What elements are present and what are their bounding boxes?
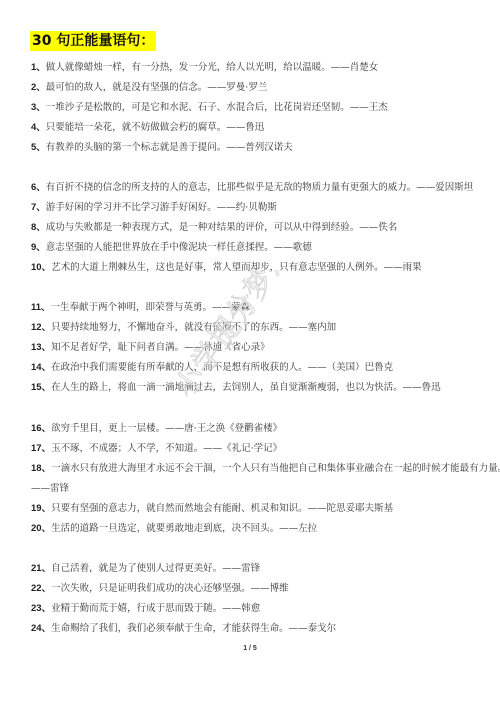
quote-text: 知不足者好学，耻下问者自满。——林逋《省心录》 xyxy=(51,342,270,353)
quote-line: 12、只要持续地努力，不懈地奋斗，就没有征服不了的东西。——塞内加 xyxy=(31,322,336,334)
quote-number: 9、 xyxy=(31,242,46,253)
quote-number: 17、 xyxy=(31,443,51,454)
quote-number: 5、 xyxy=(31,142,46,153)
quote-number: 14、 xyxy=(31,362,51,373)
quote-text: 最可怕的敌人，就是没有坚强的信念。——罗曼·罗兰 xyxy=(46,82,268,93)
quote-line: 7、游手好闲的学习并不比学习游手好闲好。——约·贝勒斯 xyxy=(31,202,277,214)
quote-line: 11、一生奉献于两个神明，即荣誉与英勇。——蒙森 xyxy=(31,302,250,314)
document-title: 30 句正能量语句： xyxy=(30,31,156,51)
quote-line: 1、做人就像蜡烛一样，有一分热，发一分光，给人以光明，给以温暖。——肖楚女 xyxy=(31,62,378,74)
quote-text: 生活的道路一旦选定，就要勇敢地走到底，决不回头。——左拉 xyxy=(51,523,317,534)
quote-text: 只要能培一朵花，就不妨做做会朽的腐草。——鲁迅 xyxy=(46,122,265,133)
quote-line: 9、意志坚强的人能把世界放在手中像泥块一样任意揉捏。——歌德 xyxy=(31,242,312,254)
quote-number: 19、 xyxy=(31,503,51,514)
quote-text: 成功与失败都是一种表现方式，是一种对结果的评价，可以从中得到经验。——佚名 xyxy=(46,222,398,233)
quote-number: 1、 xyxy=(31,62,46,73)
quote-line: 5、有教养的头脑的第一个标志就是善于提问。——普列汉诺夫 xyxy=(31,142,293,154)
quote-line: 23、业精于勤而荒于嬉，行成于思而毁于随。——韩愈 xyxy=(31,603,260,615)
quote-line: 8、成功与失败都是一种表现方式，是一种对结果的评价，可以从中得到经验。——佚名 xyxy=(31,222,397,234)
quote-text: 做人就像蜡烛一样，有一分热，发一分光，给人以光明，给以温暖。——肖楚女 xyxy=(46,62,379,73)
quote-text: 玉不琢，不成器；人不学，不知道。——《礼记·学记》 xyxy=(51,443,282,454)
quote-line: 18、一滴水只有放进大海里才永远不会干涸，一个人只有当他把自己和集体事业融合在一… xyxy=(31,463,500,475)
quote-line: 17、玉不琢，不成器；人不学，不知道。——《礼记·学记》 xyxy=(31,443,282,455)
quote-number: 3、 xyxy=(31,102,46,113)
quote-number: 8、 xyxy=(31,222,46,233)
quote-text: 业精于勤而荒于嬉，行成于思而毁于随。——韩愈 xyxy=(51,603,260,614)
quote-line: ——雷锋 xyxy=(31,483,69,495)
quote-number: 16、 xyxy=(31,423,51,434)
quote-text: 有百折不挠的信念的所支持的人的意志，比那些似乎是无敌的物质力量有更强大的威力。—… xyxy=(46,182,474,193)
quote-text: 一堆沙子是松散的，可是它和水泥、石子、水混合后，比花岗岩还坚韧。——王杰 xyxy=(46,102,388,113)
quote-number: 6、 xyxy=(31,182,46,193)
quote-number: 15、 xyxy=(31,382,51,393)
quote-number: 12、 xyxy=(31,322,51,333)
quote-number: 10、 xyxy=(31,262,51,273)
quote-text: 有教养的头脑的第一个标志就是善于提问。——普列汉诺夫 xyxy=(46,142,293,153)
quote-line: 2、最可怕的敌人，就是没有坚强的信念。——罗曼·罗兰 xyxy=(31,82,267,94)
quote-text: 自己活着，就是为了使别人过得更美好。——雷锋 xyxy=(51,563,260,574)
quote-line: 19、只要有坚强的意志力，就自然而然地会有能耐、机灵和知识。——陀思妥耶夫斯基 xyxy=(31,503,393,515)
quote-number: 22、 xyxy=(31,583,51,594)
quote-line: 3、一堆沙子是松散的，可是它和水泥、石子、水混合后，比花岗岩还坚韧。——王杰 xyxy=(31,102,388,114)
quote-number: 7、 xyxy=(31,202,46,213)
quote-line: 6、有百折不挠的信念的所支持的人的意志，比那些似乎是无敌的物质力量有更强大的威力… xyxy=(31,182,473,194)
quote-text: 一滴水只有放进大海里才永远不会干涸，一个人只有当他把自己和集体事业融合在一起的时… xyxy=(51,463,500,474)
quote-number: 24、 xyxy=(31,623,51,634)
quote-line: 15、在人生的路上，将血一滴一滴地滴过去，去饲别人，虽自觉渐渐瘦弱，也以为快活。… xyxy=(31,382,441,394)
quote-number: 18、 xyxy=(31,463,51,474)
quote-line: 24、生命赐给了我们，我们必须奉献于生命，才能获得生命。——泰戈尔 xyxy=(31,623,336,635)
quote-number: 13、 xyxy=(31,342,51,353)
quote-number: 20、 xyxy=(31,523,51,534)
quote-text: 意志坚强的人能把世界放在手中像泥块一样任意揉捏。——歌德 xyxy=(46,242,312,253)
quote-text: 在人生的路上，将血一滴一滴地滴过去，去饲别人，虽自觉渐渐瘦弱，也以为快活。——鲁… xyxy=(51,382,441,393)
quote-line: 21、自己活着，就是为了使别人过得更美好。——雷锋 xyxy=(31,563,260,575)
quote-line: 20、生活的道路一旦选定，就要勇敢地走到底，决不回头。——左拉 xyxy=(31,523,317,535)
quote-line: 10、艺术的大道上荆棘丛生，这也是好事，常人望而却步，只有意志坚强的人例外。——… xyxy=(31,262,422,274)
quote-text: 生命赐给了我们，我们必须奉献于生命，才能获得生命。——泰戈尔 xyxy=(51,623,336,634)
quote-text: 只要有坚强的意志力，就自然而然地会有能耐、机灵和知识。——陀思妥耶夫斯基 xyxy=(51,503,393,514)
quote-number: 23、 xyxy=(31,603,51,614)
quote-text: 游手好闲的学习并不比学习游手好闲好。——约·贝勒斯 xyxy=(46,202,277,213)
page-indicator: 1 / 5 xyxy=(0,645,500,652)
quote-line: 16、欲穷千里目，更上一层楼。——唐·王之涣《登鹳雀楼》 xyxy=(31,423,282,435)
quote-text: 欲穷千里目，更上一层楼。——唐·王之涣《登鹳雀楼》 xyxy=(51,423,282,434)
quote-text: 艺术的大道上荆棘丛生，这也是好事，常人望而却步，只有意志坚强的人例外。——雨果 xyxy=(51,262,422,273)
quote-text: 一生奉献于两个神明，即荣誉与英勇。——蒙森 xyxy=(51,302,251,313)
quote-line: 22、一次失败，只是证明我们成功的决心还够坚强。——博维 xyxy=(31,583,289,595)
quote-text: 一次失败，只是证明我们成功的决心还够坚强。——博维 xyxy=(51,583,289,594)
quote-line: 14、在政治中我们需要能有所奉献的人，而不是想有所收获的人。——（美国）巴鲁克 xyxy=(31,362,393,374)
quote-line: 13、知不足者好学，耻下问者自满。——林逋《省心录》 xyxy=(31,342,270,354)
quote-text: 在政治中我们需要能有所奉献的人，而不是想有所收获的人。——（美国）巴鲁克 xyxy=(51,362,393,373)
quote-number: 4、 xyxy=(31,122,46,133)
quote-number: 21、 xyxy=(31,563,51,574)
document-page: 30 句正能量语句： 1、做人就像蜡烛一样，有一分热，发一分光，给人以光明，给以… xyxy=(0,0,500,707)
quote-number: 11、 xyxy=(31,302,51,313)
quote-line: 4、只要能培一朵花，就不妨做做会朽的腐草。——鲁迅 xyxy=(31,122,264,134)
quote-text: 只要持续地努力，不懈地奋斗，就没有征服不了的东西。——塞内加 xyxy=(51,322,336,333)
quote-number: 2、 xyxy=(31,82,46,93)
quote-text: ——雷锋 xyxy=(31,483,69,494)
